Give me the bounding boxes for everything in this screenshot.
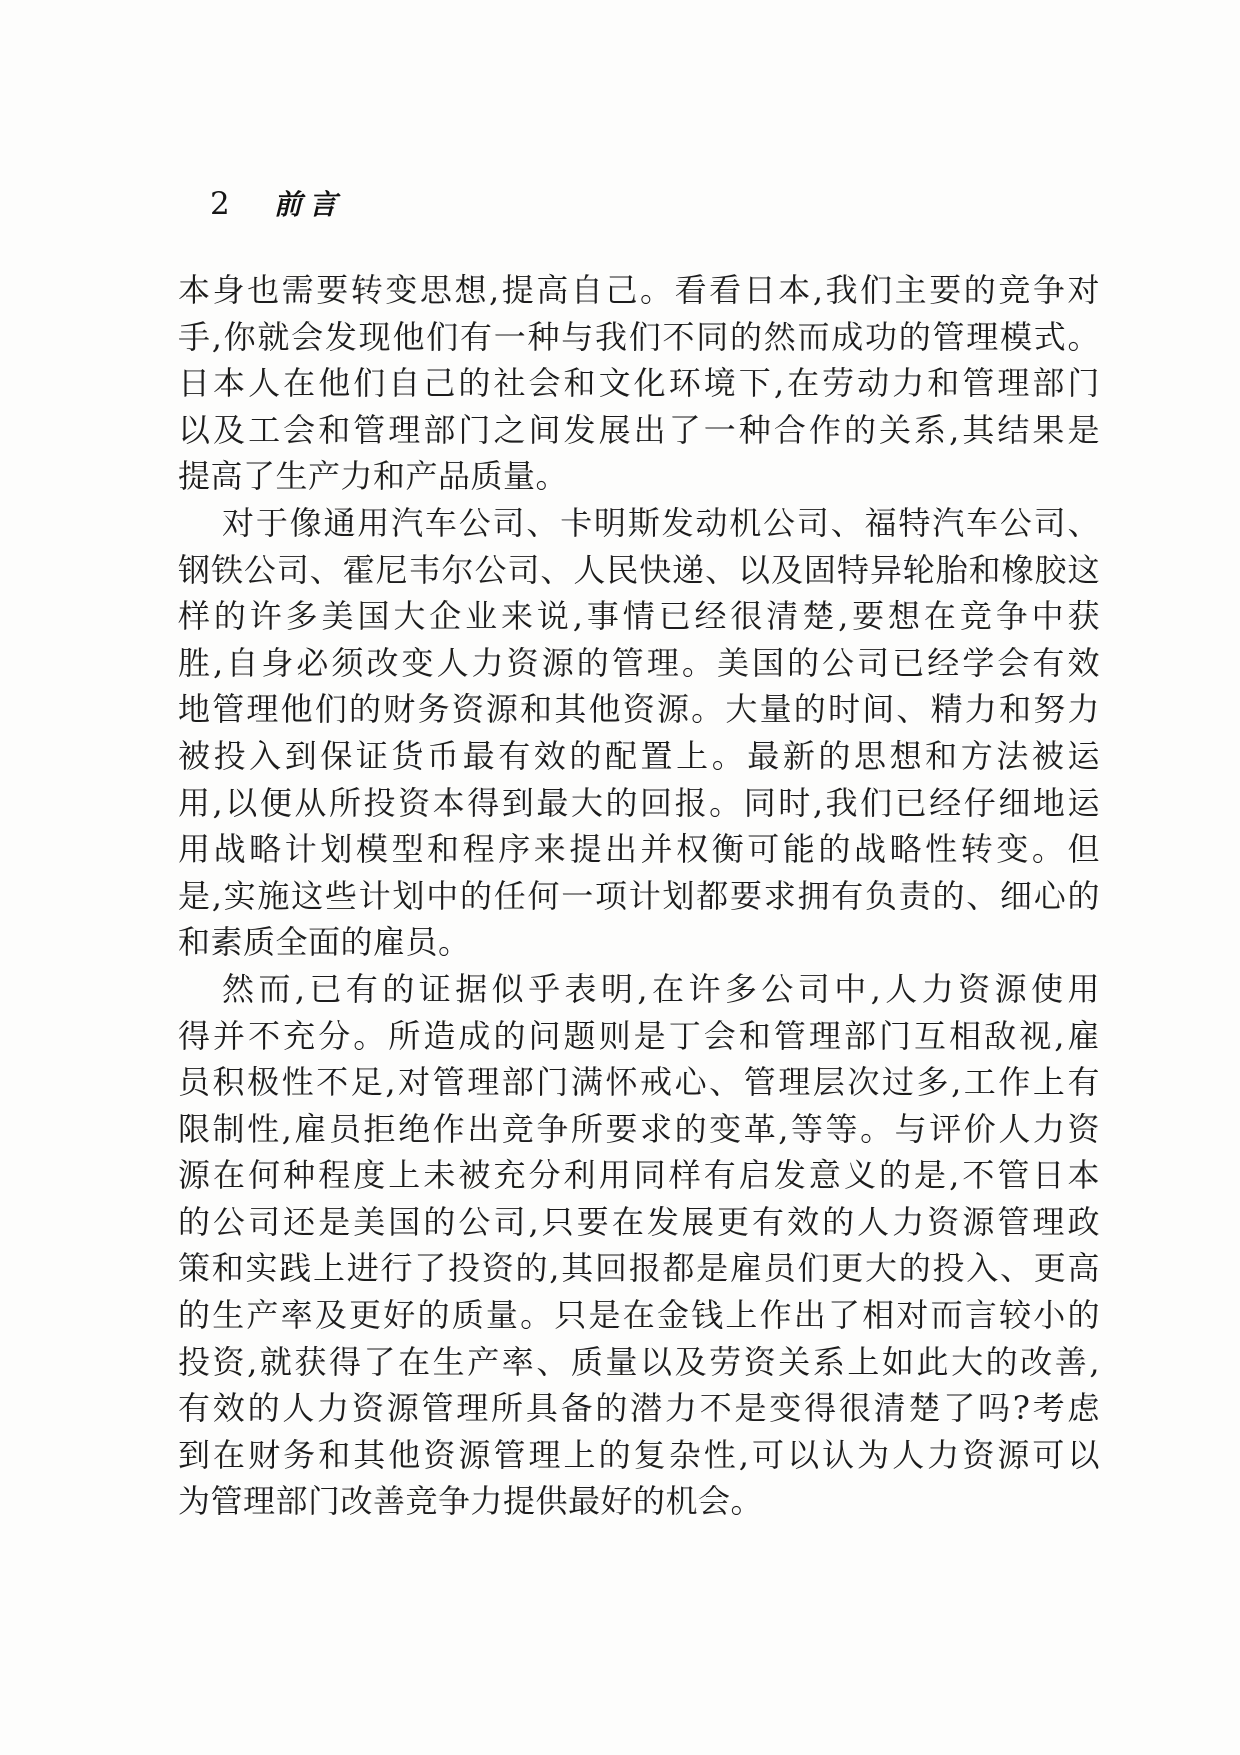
text-body: 本身也需要转变思想,提高自己。看看日本,我们主要的竞争对手,你就会发现他们有一种… [178,267,1100,1525]
text-line: 地管理他们的财务资源和其他资源。大量的时间、精力和努力 [178,686,1100,733]
text-line: 用,以便从所投资本得到最大的回报。同时,我们已经仔细地运 [178,780,1100,827]
text-line: 样的许多美国大企业来说,事情已经很清楚,要想在竞争中获 [178,593,1100,640]
text-line: 手,你就会发现他们有一种与我们不同的然而成功的管理模式。 [178,314,1100,361]
text-line: 被投入到保证货币最有效的配置上。最新的思想和方法被运 [178,733,1100,780]
page-header: 2 前言 [210,183,344,223]
text-line: 有效的人力资源管理所具备的潜力不是变得很清楚了吗?考虑 [178,1385,1100,1432]
text-line: 和素质全面的雇员。 [178,919,1100,966]
text-line: 的公司还是美国的公司,只要在发展更有效的人力资源管理政 [178,1199,1100,1246]
text-line: 用战略计划模型和程序来提出并权衡可能的战略性转变。但 [178,826,1100,873]
text-line: 策和实践上进行了投资的,其回报都是雇员们更大的投入、更高 [178,1245,1100,1292]
text-line: 以及工会和管理部门之间发展出了一种合作的关系,其结果是 [178,407,1100,454]
text-line: 提高了生产力和产品质量。 [178,453,1100,500]
text-line: 本身也需要转变思想,提高自己。看看日本,我们主要的竞争对 [178,267,1100,314]
text-line: 胜,自身必须改变人力资源的管理。美国的公司已经学会有效 [178,640,1100,687]
page-number: 2 [210,186,230,222]
text-line: 钢铁公司、霍尼韦尔公司、人民快递、以及固特异轮胎和橡胶这 [178,547,1100,594]
text-line: 为管理部门改善竞争力提供最好的机会。 [178,1478,1100,1525]
text-line: 是,实施这些计划中的任何一项计划都要求拥有负责的、细心的 [178,873,1100,920]
text-line: 员积极性不足,对管理部门满怀戒心、管理层次过多,工作上有 [178,1059,1100,1106]
text-line: 限制性,雇员拒绝作出竞争所要求的变革,等等。与评价人力资 [178,1106,1100,1153]
book-page: 2 前言 本身也需要转变思想,提高自己。看看日本,我们主要的竞争对手,你就会发现… [0,0,1240,1755]
running-head-title: 前言 [274,183,344,223]
text-line: 投资,就获得了在生产率、质量以及劳资关系上如此大的改善, [178,1339,1100,1386]
text-line: 到在财务和其他资源管理上的复杂性,可以认为人力资源可以 [178,1432,1100,1479]
text-line: 对于像通用汽车公司、卡明斯发动机公司、福特汽车公司、 [178,500,1100,547]
text-line: 得并不充分。所造成的问题则是丁会和管理部门互相敌视,雇 [178,1013,1100,1060]
text-line: 源在何种程度上未被充分利用同样有启发意义的是,不管日本 [178,1152,1100,1199]
text-line: 然而,已有的证据似乎表明,在许多公司中,人力资源使用 [178,966,1100,1013]
text-line: 的生产率及更好的质量。只是在金钱上作出了相对而言较小的 [178,1292,1100,1339]
text-line: 日本人在他们自己的社会和文化环境下,在劳动力和管理部门 [178,360,1100,407]
